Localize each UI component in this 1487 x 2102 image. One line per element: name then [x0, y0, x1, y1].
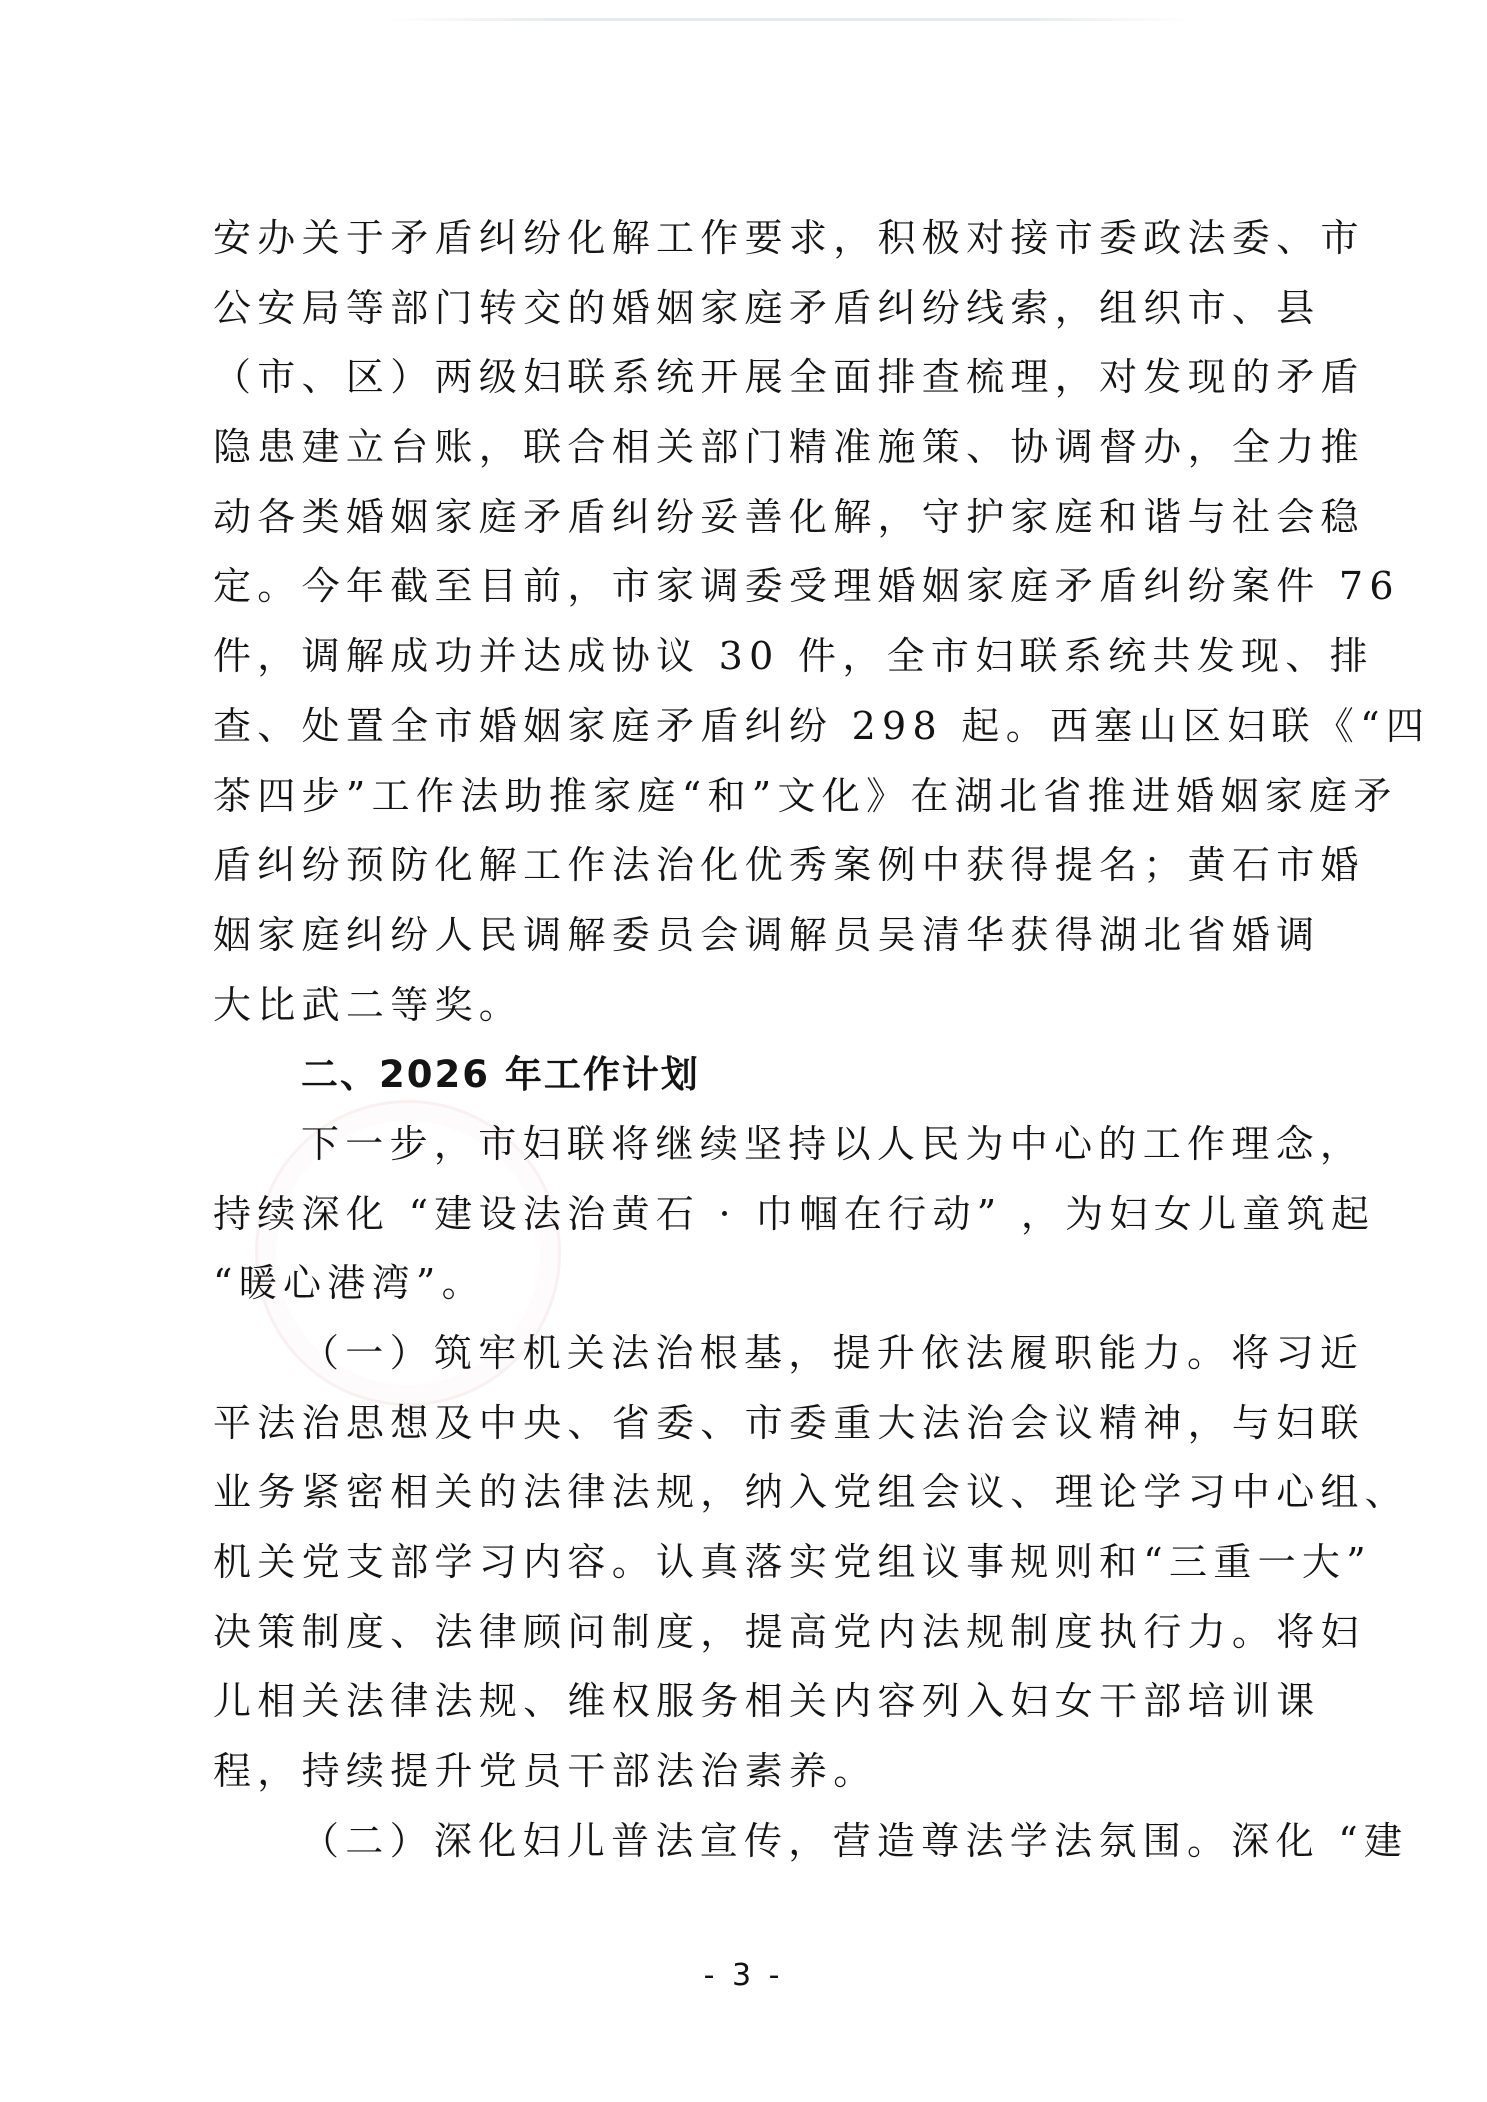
paragraph-line: 件，调解成功并达成协议 30 件，全市妇联系统共发现、排: [213, 622, 1263, 692]
paragraph-line: 定。今年截至目前，市家调委受理婚姻家庭矛盾纠纷案件 76: [213, 552, 1263, 622]
paragraph-line: 姻家庭纠纷人民调解委员会调解员吴清华获得湖北省婚调: [213, 901, 1263, 971]
document-body: 安办关于矛盾纠纷化解工作要求，积极对接市委政法委、市 公安局等部门转交的婚姻家庭…: [213, 204, 1263, 1877]
paragraph-line: 业务紧密相关的法律法规，纳入党组会议、理论学习中心组、: [213, 1458, 1263, 1528]
paragraph-line: 安办关于矛盾纠纷化解工作要求，积极对接市委政法委、市: [213, 204, 1263, 274]
paragraph-line: 动各类婚姻家庭矛盾纠纷妥善化解，守护家庭和谐与社会稳: [213, 483, 1263, 553]
paragraph-line: 程，持续提升党员干部法治素养。: [213, 1737, 1263, 1807]
section-heading: 二、2026 年工作计划: [213, 1040, 1263, 1110]
paragraph-line: 平法治思想及中央、省委、市委重大法治会议精神，与妇联: [213, 1389, 1263, 1459]
paragraph-line: 公安局等部门转交的婚姻家庭矛盾纠纷线索，组织市、县: [213, 274, 1263, 344]
paragraph-line: 决策制度、法律顾问制度，提高党内法规制度执行力。将妇: [213, 1598, 1263, 1668]
paragraph-line: 茶四步”工作法助推家庭“和”文化》在湖北省推进婚姻家庭矛: [213, 762, 1263, 832]
paragraph-line: （市、区）两级妇联系统开展全面排查梳理，对发现的矛盾: [213, 343, 1263, 413]
paragraph-line: 盾纠纷预防化解工作法治化优秀案例中获得提名；黄石市婚: [213, 831, 1263, 901]
page-number: - 3 -: [0, 1958, 1487, 1993]
paragraph-line: 查、处置全市婚姻家庭矛盾纠纷 298 起。西塞山区妇联《“四: [213, 692, 1263, 762]
paragraph-line: 大比武二等奖。: [213, 971, 1263, 1041]
subsection-line: （一）筑牢机关法治根基，提升依法履职能力。将习近: [213, 1319, 1263, 1389]
paragraph-line: 机关党支部学习内容。认真落实党组议事规则和“三重一大”: [213, 1528, 1263, 1598]
paragraph-line: “暖心港湾”。: [213, 1249, 1263, 1319]
subsection-line: （二）深化妇儿普法宣传，营造尊法学法氛围。深化 “建: [213, 1807, 1263, 1877]
scan-artifact-line: [390, 18, 1190, 21]
paragraph-line: 持续深化 “建设法治黄石 · 巾帼在行动” ，为妇女儿童筑起: [213, 1180, 1263, 1250]
paragraph-line: 隐患建立台账，联合相关部门精准施策、协调督办，全力推: [213, 413, 1263, 483]
paragraph-line: 下一步，市妇联将继续坚持以人民为中心的工作理念，: [213, 1110, 1263, 1180]
paragraph-line: 儿相关法律法规、维权服务相关内容列入妇女干部培训课: [213, 1667, 1263, 1737]
